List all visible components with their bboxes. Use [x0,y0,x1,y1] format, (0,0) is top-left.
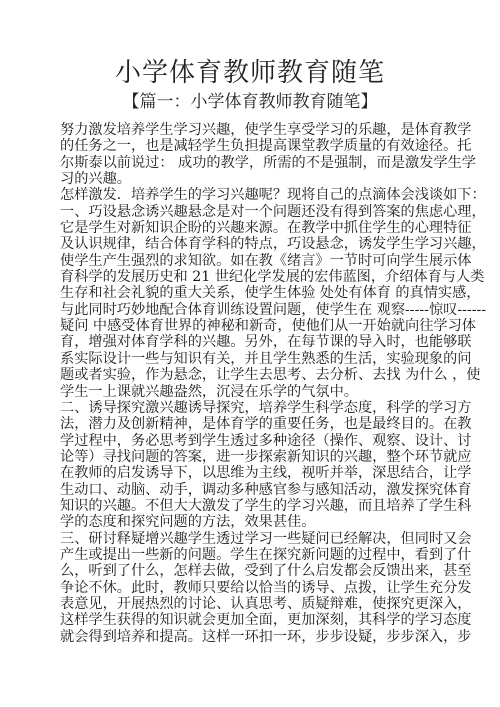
text-line: 育，增强对体育学科的兴趣。另外，在每节课的导入时，也能够联 [60,334,470,350]
text-line: 这样学生获得的知识就会更加全面，更加深刻，其科学的学习态度 [60,612,470,628]
text-line: 尔斯泰以前说过： 成功的教学，所需的不是强制，而是激发学生学 [60,155,470,171]
text-line: 学过程中，务必思考到学生透过多种途径（操作、观察、设计、讨 [60,433,470,449]
text-line: 系实际设计一些与知识有关，并且学生熟悉的生活，实验现象的问 [60,351,470,367]
text-line: 它是学生对新知识企盼的兴趣来源。在教学中抓住学生的心理特征 [60,220,470,236]
document-body: 努力激发培养学生学习兴趣，使学生享受学习的乐趣，是体育教学 的任务之一，也是减轻… [60,122,470,645]
text-line: 三、研讨释疑增兴趣学生透过学习一些疑问已经解决，但同时又会 [60,531,470,547]
text-line: 生动口、动脑、动手，调动多种感官参与感知活动，激发探究体育 [60,482,470,498]
text-line: 怎样激发．培养学生的学习兴趣呢？现将自己的点滴体会浅谈如下： [60,187,470,203]
text-line: 就会得到培养和提高。这样一环扣一环，步步设疑，步步深入，步 [60,629,470,645]
text-line: 疑问 中感受体育世界的神秘和新奇，使他们从一开始就向往学习体 [60,318,470,334]
text-line: 努力激发培养学生学习兴趣，使学生享受学习的乐趣，是体育教学 [60,122,470,138]
text-line: 一、巧设悬念诱兴趣悬念是对一个问题还没有得到答案的焦虑心理， [60,204,470,220]
text-line: 争论不休。此时，教师只要给以恰当的诱导、点拨，让学生充分发 [60,580,470,596]
text-line: 学的态度和探究问题的方法，效果甚佳。 [60,514,470,530]
text-line: 法，潜力及创新精神，是体育学的重要任务，也是最终目的。在教 [60,416,470,432]
text-line: 与此同时巧妙地配合体育训练设置问题，使学生在 观察-----惊叹------ [60,302,470,318]
text-line: 使学生产生强烈的求知欲。如在教《绪言》一节时可向学生展示体 [60,253,470,269]
text-line: 习的兴趣。 [60,171,470,187]
text-line: 么，听到了什么，怎样去做，受到了什么启发都会反馈出来，甚至 [60,563,470,579]
text-line: 论等）寻找问题的答案，进一步探索新知识的兴趣，整个环节就应 [60,449,470,465]
text-line: 及认识规律，结合体育学科的特点，巧设悬念，诱发学生学习兴趣， [60,236,470,252]
text-line: 题或者实验，作为悬念，让学生去思考、去分析、去找 为什么 ，使 [60,367,470,383]
text-line: 产生或提出一些新的问题。学生在探究新问题的过程中，看到了什 [60,547,470,563]
document-title: 小学体育教师教育随笔 [0,58,500,88]
text-line: 在教师的启发诱导下，以思维为主线，视听并举，深思结合，让学 [60,465,470,481]
document-subtitle: 【篇一：小学体育教师教育随笔】 [0,92,500,112]
text-line: 生存和社会礼貌的重大关系，使学生体验 处处有体育 的真情实感， [60,285,470,301]
text-line: 二、诱导探究激兴趣诱导探究，培养学生科学态度，科学的学习方 [60,400,470,416]
text-line: 的任务之一，也是减轻学生负担提高课堂教学质量的有效途径。托 [60,138,470,154]
text-line: 表意见，开展热烈的讨论、认真思考、质疑辩难，使探究更深入， [60,596,470,612]
text-line: 育科学的发展历史和 21 世纪化学发展的宏伟蓝图，介绍体育与人类 [60,269,470,285]
text-line: 知识的兴趣。不但大大激发了学生的学习兴趣，而且培养了学生科 [60,498,470,514]
text-line: 学生一上课就兴趣盎然，沉浸在乐学的气氛中。 [60,384,470,400]
